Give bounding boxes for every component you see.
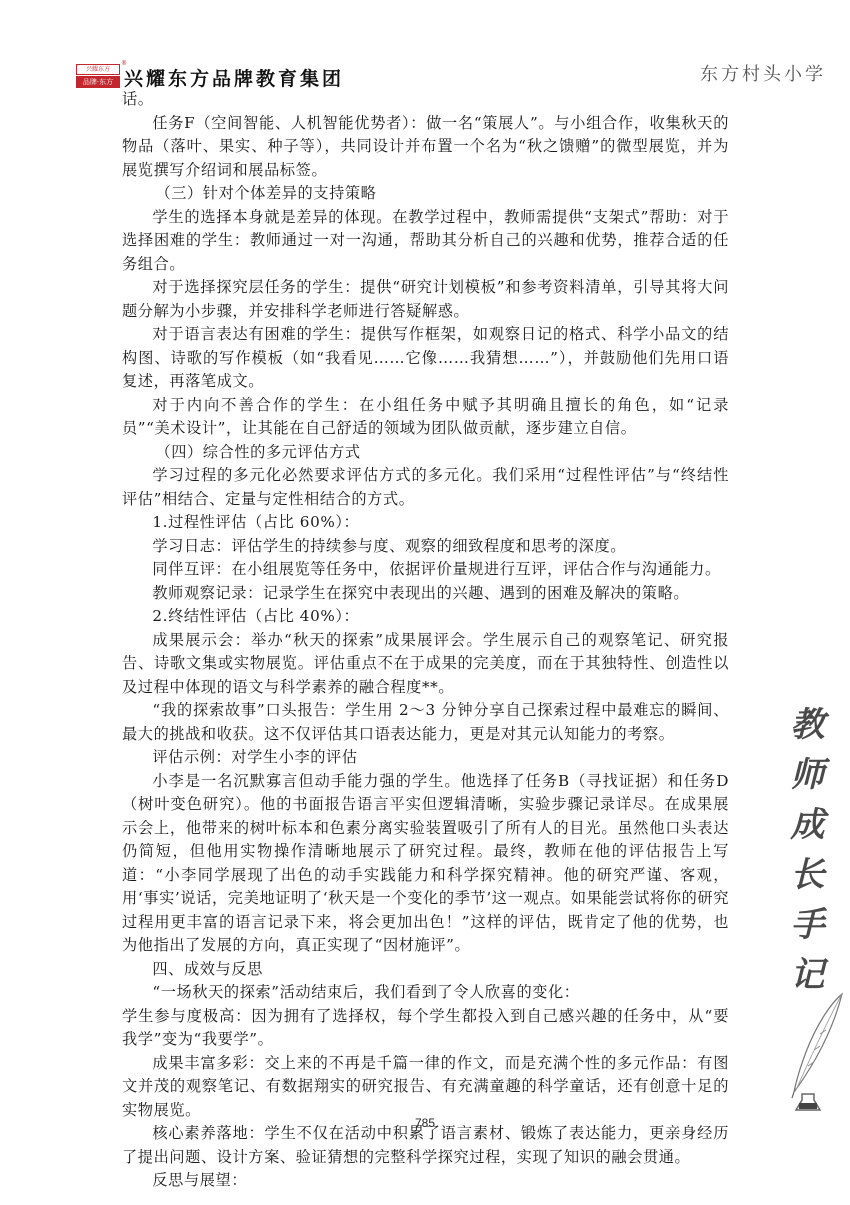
paragraph: 话。 [122, 88, 729, 112]
brand-name: 兴耀东方品牌教育集团 [124, 64, 344, 91]
paragraph: “一场秋天的探索”活动结束后，我们看到了令人欣喜的变化： [122, 981, 729, 1005]
paragraph: 学生的选择本身就是差异的体现。在教学过程中，教师需提供“支架式”帮助：对于选择困… [122, 206, 729, 277]
calligraphy-char: 教 [780, 700, 835, 750]
document-body: 话。 任务F（空间智能、人机智能优势者）：做一名“策展人”。与小组合作，收集秋天… [122, 88, 729, 1193]
section-heading: 四、成效与反思 [122, 958, 729, 982]
paragraph: 学习过程的多元化必然要求评估方式的多元化。我们采用“过程性评估”与“终结性评估”… [122, 464, 729, 511]
paragraph: 对于内向不善合作的学生：在小组任务中赋予其明确且擅长的角色，如“记录员”“美术设… [122, 394, 729, 441]
list-heading: 2.终结性评估（占比 40%）： [122, 605, 729, 629]
paragraph: 学生参与度极高：因为拥有了选择权，每个学生都投入到自己感兴趣的任务中，从“要我学… [122, 1005, 729, 1052]
sidebar-calligraphy: 教 师 成 长 手 记 [780, 700, 835, 1000]
list-item: 学习日志：评估学生的持续参与度、观察的细致程度和思考的深度。 [122, 535, 729, 559]
paragraph: 对于选择探究层任务的学生：提供“研究计划模板”和参考资料清单，引导其将大问题分解… [122, 276, 729, 323]
calligraphy-char: 手 [780, 900, 835, 950]
subheading: 评估示例：对学生小李的评估 [122, 746, 729, 770]
subheading: 反思与展望： [122, 1169, 729, 1193]
paragraph: 任务F（空间智能、人机智能优势者）：做一名“策展人”。与小组合作，收集秋天的物品… [122, 112, 729, 183]
calligraphy-char: 师 [780, 750, 835, 800]
paragraph: “我的探索故事”口头报告：学生用 2～3 分钟分享自己探索过程中最难忘的瞬间、最… [122, 699, 729, 746]
feather-quill-inkwell-icon [790, 990, 850, 1115]
page-header: 兴耀东方 品牌·东方 ® 兴耀东方品牌教育集团 东方村头小学 [0, 0, 850, 92]
list-item: 同伴互评：在小组展览等任务中，依据评价量规进行互评，评估合作与沟通能力。 [122, 558, 729, 582]
calligraphy-char: 成 [780, 800, 835, 850]
paragraph: 成果丰富多彩：交上来的不再是千篇一律的作文，而是充满个性的多元作品：有图文并茂的… [122, 1052, 729, 1123]
brand-logo: 兴耀东方 品牌·东方 ® [76, 64, 120, 88]
paragraph: 对于语言表达有困难的学生：提供写作框架，如观察日记的格式、科学小品文的结构图、诗… [122, 323, 729, 394]
list-heading: 1.过程性评估（占比 60%）： [122, 511, 729, 535]
page-number: 785 [0, 1116, 850, 1130]
list-item: 教师观察记录：记录学生在探究中表现出的兴趣、遇到的困难及解决的策略。 [122, 582, 729, 606]
paragraph: 成果展示会：举办“秋天的探索”成果展评会。学生展示自己的观察笔记、研究报告、诗歌… [122, 629, 729, 700]
logo-bottom: 品牌·东方 [76, 76, 120, 88]
calligraphy-char: 长 [780, 850, 835, 900]
paragraph: 小李是一名沉默寡言但动手能力强的学生。他选择了任务B（寻找证据）和任务D（树叶变… [122, 770, 729, 958]
school-name: 东方村头小学 [700, 60, 826, 86]
section-heading: （四）综合性的多元评估方式 [122, 441, 729, 465]
logo-top: 兴耀东方 [76, 64, 120, 75]
section-heading: （三）针对个体差异的支持策略 [122, 182, 729, 206]
